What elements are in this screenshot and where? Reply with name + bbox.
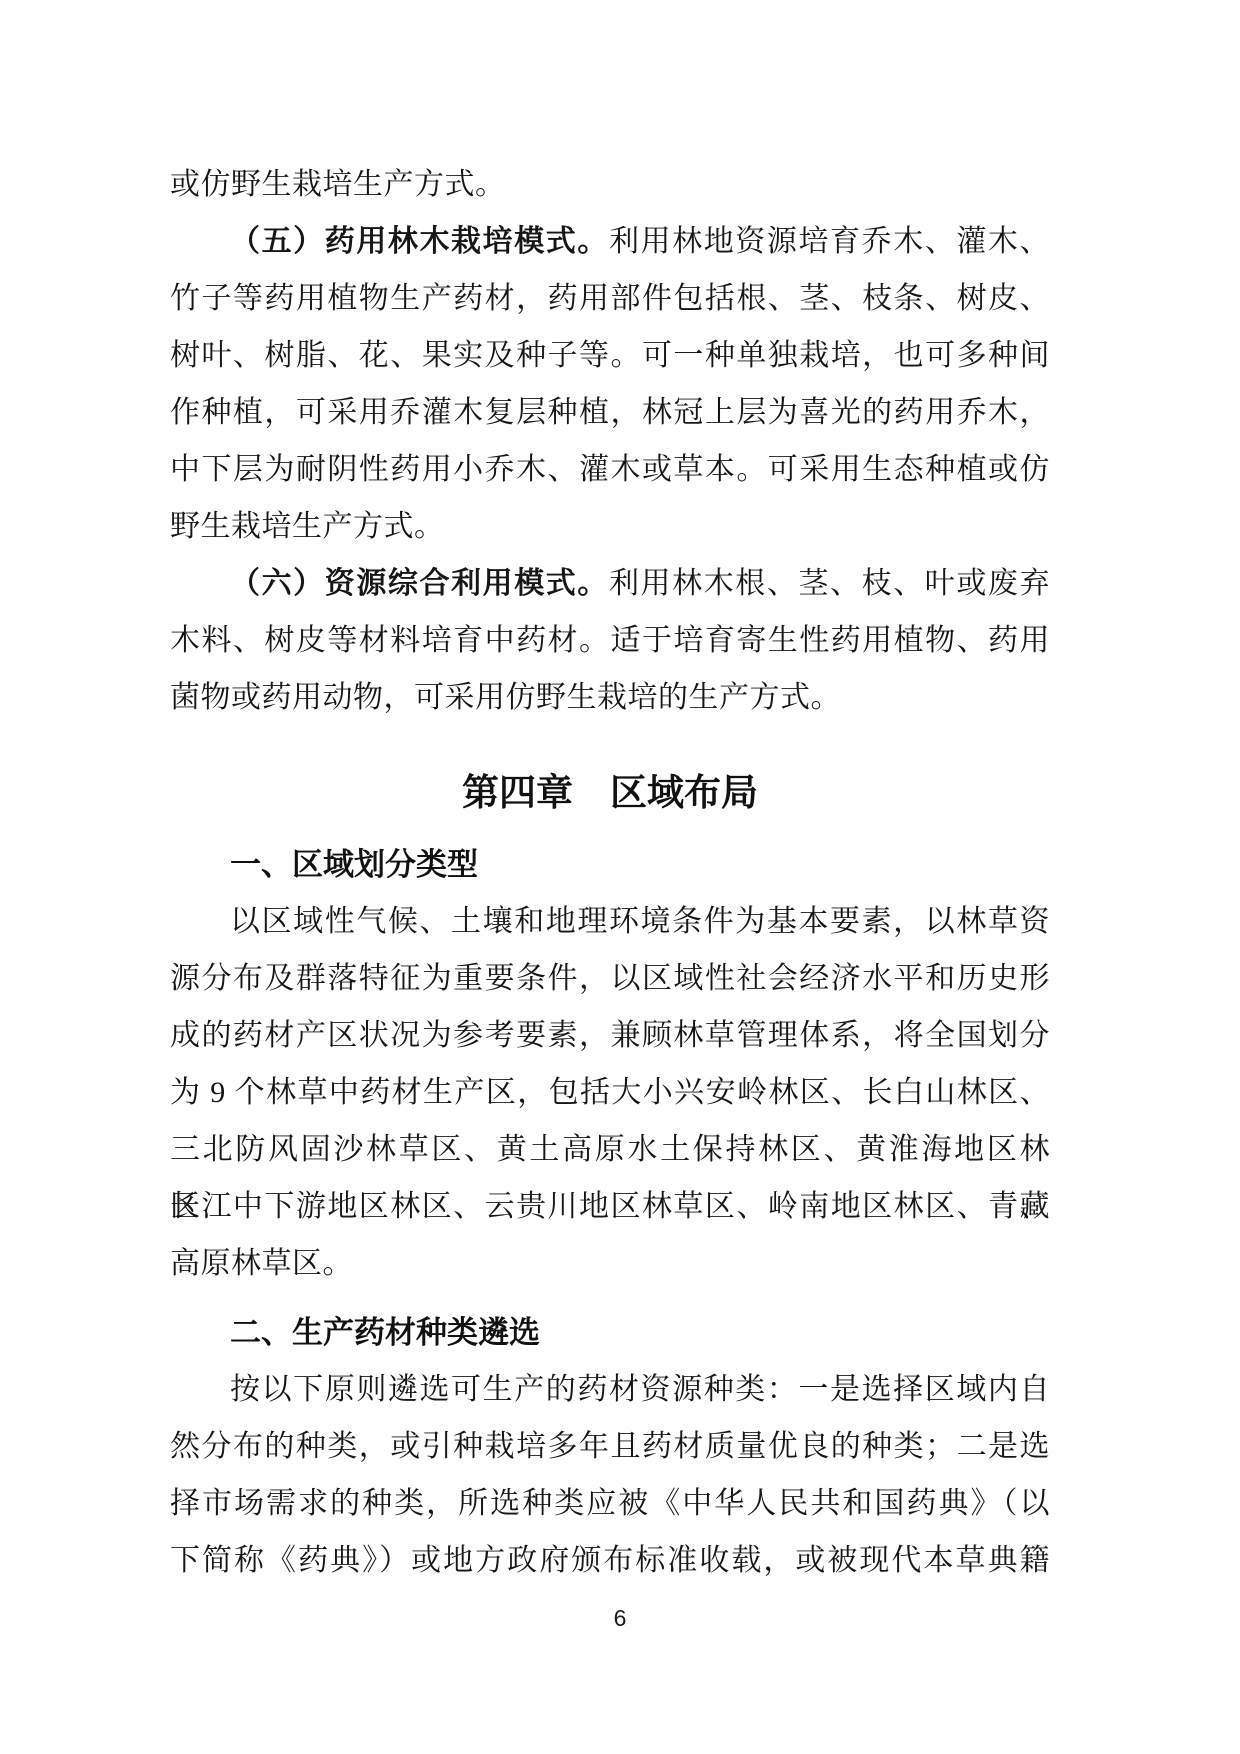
body-paragraph: （六）资源综合利用模式。利用林木根、茎、枝、叶或废弃木料、树皮等材料培育中药材。… <box>170 555 1050 726</box>
text-line: 野生栽培生产方式。 <box>170 498 1050 555</box>
text-line: 成的药材产区状况为参考要素，兼顾林草管理体系，将全国划分 <box>170 1007 1050 1064</box>
text-line: （六）资源综合利用模式。利用林木根、茎、枝、叶或废弃 <box>170 555 1050 612</box>
text-run: 然分布的种类，或引种栽培多年且药材质量优良的种类；二是选 <box>170 1430 1050 1463</box>
text-line: 树叶、树脂、花、果实及种子等。可一种单独栽培，也可多种间 <box>170 327 1050 384</box>
text-run: 木料、树皮等材料培育中药材。适于培育寄生性药用植物、药用 <box>170 624 1050 657</box>
text-run: 成的药材产区状况为参考要素，兼顾林草管理体系，将全国划分 <box>170 1019 1050 1052</box>
text-line: 作种植，可采用乔灌木复层种植，林冠上层为喜光的药用乔木， <box>170 384 1050 441</box>
text-run: 为 9 个林草中药材生产区，包括大小兴安岭林区、长白山林区、 <box>170 1076 1050 1109</box>
text-run: 利用林地资源培育乔木、灌木、 <box>609 225 1050 258</box>
text-line: 为 9 个林草中药材生产区，包括大小兴安岭林区、长白山林区、 <box>170 1064 1050 1121</box>
text-line: 竹子等药用植物生产药材，药用部件包括根、茎、枝条、树皮、 <box>170 270 1050 327</box>
text-line: 木料、树皮等材料培育中药材。适于培育寄生性药用植物、药用 <box>170 612 1050 669</box>
text-line: 菌物或药用动物，可采用仿野生栽培的生产方式。 <box>170 669 1050 726</box>
text-run: 竹子等药用植物生产药材，药用部件包括根、茎、枝条、树皮、 <box>170 282 1050 315</box>
text-line: 长江中下游地区林区、云贵川地区林草区、岭南地区林区、青藏 <box>170 1178 1050 1235</box>
body-paragraph: 按以下原则遴选可生产的药材资源种类：一是选择区域内自然分布的种类，或引种栽培多年… <box>170 1361 1050 1589</box>
section-subheading: 二、生产药材种类遴选 <box>170 1304 1050 1361</box>
text-run: 长江中下游地区林区、云贵川地区林草区、岭南地区林区、青藏 <box>170 1190 1050 1223</box>
text-line: 高原林草区。 <box>170 1235 1050 1292</box>
text-run: 作种植，可采用乔灌木复层种植，林冠上层为喜光的药用乔木， <box>170 396 1050 429</box>
text-line: 然分布的种类，或引种栽培多年且药材质量优良的种类；二是选 <box>170 1418 1050 1475</box>
text-line: 源分布及群落特征为重要条件，以区域性社会经济水平和历史形 <box>170 950 1050 1007</box>
text-run: 按以下原则遴选可生产的药材资源种类：一是选择区域内自 <box>230 1373 1050 1406</box>
body-paragraph: （五）药用林木栽培模式。利用林地资源培育乔木、灌木、竹子等药用植物生产药材，药用… <box>170 213 1050 555</box>
body-paragraph: 以区域性气候、土壤和地理环境条件为基本要素，以林草资源分布及群落特征为重要条件，… <box>170 893 1050 1292</box>
text-run: 下简称《药典》）或地方政府颁布标准收载，或被现代本草典籍 <box>170 1544 1050 1577</box>
text-line: 下简称《药典》）或地方政府颁布标准收载，或被现代本草典籍 <box>170 1532 1050 1589</box>
text-run: 树叶、树脂、花、果实及种子等。可一种单独栽培，也可多种间 <box>170 339 1050 372</box>
text-line: （五）药用林木栽培模式。利用林地资源培育乔木、灌木、 <box>170 213 1050 270</box>
document-body: 或仿野生栽培生产方式。（五）药用林木栽培模式。利用林地资源培育乔木、灌木、竹子等… <box>0 0 1240 1589</box>
text-line: 择市场需求的种类，所选种类应被《中华人民共和国药典》（以 <box>170 1475 1050 1532</box>
text-line: 三北防风固沙林草区、黄土高原水土保持林区、黄淮海地区林区、 <box>170 1121 1050 1178</box>
section-subheading: 一、区域划分类型 <box>170 836 1050 893</box>
text-run: 高原林草区。 <box>170 1247 353 1280</box>
chapter-heading: 第四章 区域布局 <box>170 764 1050 822</box>
text-run: 择市场需求的种类，所选种类应被《中华人民共和国药典》（以 <box>170 1487 1050 1520</box>
text-run: 或仿野生栽培生产方式。 <box>170 168 506 201</box>
text-run: 以区域性气候、土壤和地理环境条件为基本要素，以林草资 <box>230 905 1050 938</box>
text-run: 野生栽培生产方式。 <box>170 510 445 543</box>
text-line: 中下层为耐阴性药用小乔木、灌木或草本。可采用生态种植或仿 <box>170 441 1050 498</box>
text-line: 或仿野生栽培生产方式。 <box>170 156 1050 213</box>
page-number: 6 <box>0 1596 1240 1640</box>
body-paragraph: 或仿野生栽培生产方式。 <box>170 156 1050 213</box>
bold-text-run: （六）资源综合利用模式。 <box>230 567 609 600</box>
bold-text-run: （五）药用林木栽培模式。 <box>230 225 609 258</box>
text-run: 中下层为耐阴性药用小乔木、灌木或草本。可采用生态种植或仿 <box>170 453 1050 486</box>
text-line: 按以下原则遴选可生产的药材资源种类：一是选择区域内自 <box>170 1361 1050 1418</box>
text-run: 利用林木根、茎、枝、叶或废弃 <box>609 567 1050 600</box>
document-page: 或仿野生栽培生产方式。（五）药用林木栽培模式。利用林地资源培育乔木、灌木、竹子等… <box>0 0 1240 1754</box>
text-line: 以区域性气候、土壤和地理环境条件为基本要素，以林草资 <box>170 893 1050 950</box>
text-run: 菌物或药用动物，可采用仿野生栽培的生产方式。 <box>170 681 841 714</box>
text-run: 源分布及群落特征为重要条件，以区域性社会经济水平和历史形 <box>170 962 1050 995</box>
